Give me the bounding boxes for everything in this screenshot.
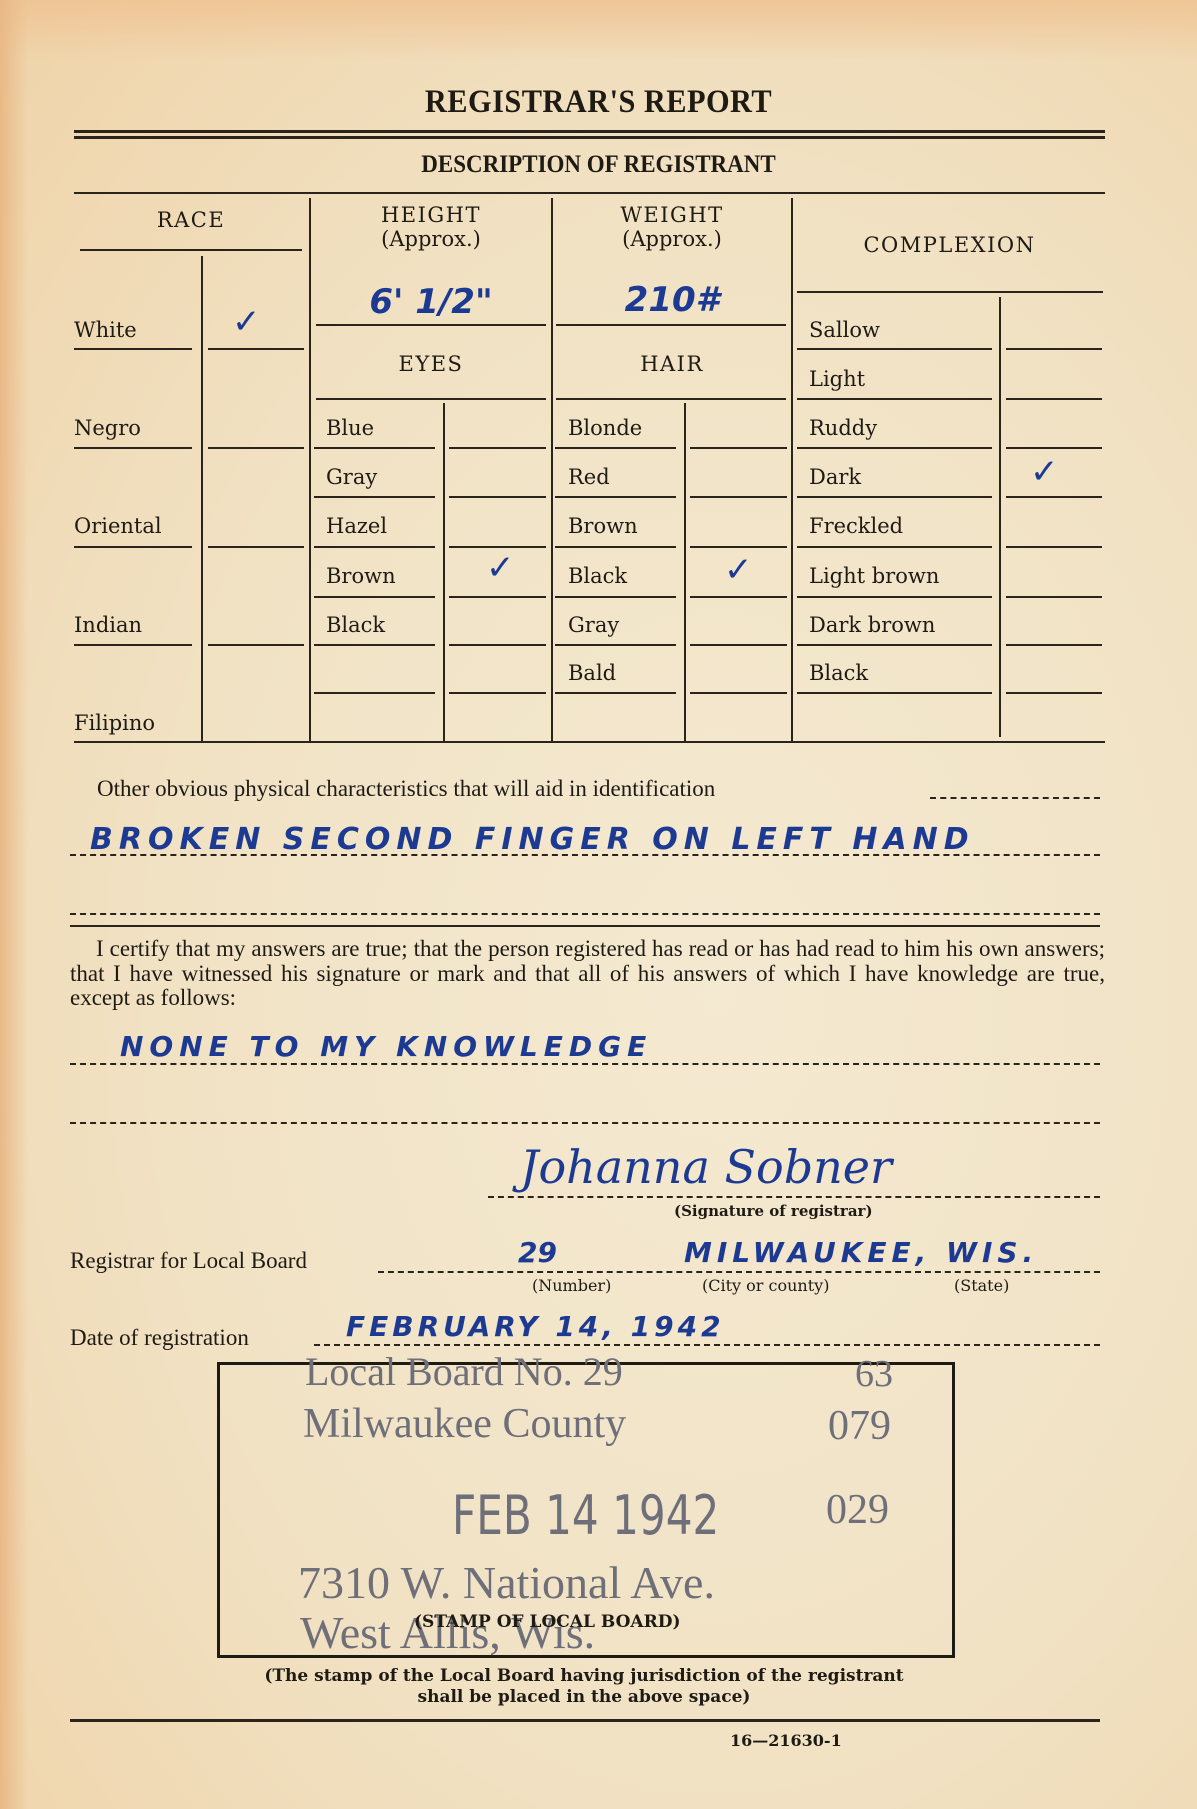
stamp-line-local-board: Local Board No. 29 bbox=[305, 1348, 623, 1395]
table-bottom-rule bbox=[74, 741, 1105, 743]
stamp-caption-2: shall be placed in the above space) bbox=[0, 1687, 1168, 1707]
race-option-white[interactable]: White bbox=[74, 318, 137, 342]
characteristics-value[interactable]: BROKEN SECOND FINGER ON LEFT HAND bbox=[90, 822, 975, 857]
hair-option-brown[interactable]: Brown bbox=[568, 514, 638, 538]
row-rule bbox=[314, 596, 435, 598]
hair-option-black[interactable]: Black bbox=[568, 564, 627, 588]
row-rule bbox=[1006, 692, 1102, 694]
hair-option-red[interactable]: Red bbox=[568, 465, 610, 489]
row-rule bbox=[449, 644, 546, 646]
stamp-line-county: Milwaukee County bbox=[303, 1400, 626, 1448]
complexion-option-black[interactable]: Black bbox=[809, 661, 868, 685]
row-rule bbox=[449, 447, 546, 449]
row-rule bbox=[797, 546, 992, 548]
height-header: HEIGHT bbox=[312, 203, 550, 227]
local-board-city-state[interactable]: MILWAUKEE, WIS. bbox=[684, 1236, 1038, 1269]
height-approx: (Approx.) bbox=[312, 227, 550, 251]
race-option-negro[interactable]: Negro bbox=[74, 416, 141, 440]
race-header-rule bbox=[80, 249, 302, 251]
row-rule bbox=[1006, 596, 1102, 598]
row-rule bbox=[555, 546, 676, 548]
row-rule bbox=[208, 447, 304, 449]
registration-date-value[interactable]: FEBRUARY 14, 1942 bbox=[346, 1310, 725, 1343]
row-rule bbox=[449, 496, 546, 498]
section-rule bbox=[70, 925, 1100, 927]
race-option-filipino[interactable]: Filipino bbox=[74, 711, 155, 735]
race-white-check[interactable]: ✓ bbox=[232, 302, 261, 342]
hair-inner-divider bbox=[684, 403, 686, 742]
row-rule bbox=[797, 596, 992, 598]
stamp-line-address: 7310 W. National Ave. bbox=[298, 1556, 715, 1609]
hair-option-bald[interactable]: Bald bbox=[568, 661, 616, 685]
stamp-code-1: 63 bbox=[855, 1352, 893, 1396]
row-rule bbox=[1006, 546, 1102, 548]
title-rule-1 bbox=[74, 130, 1105, 133]
row-rule bbox=[797, 644, 992, 646]
section-title: DESCRIPTION OF REGISTRANT bbox=[48, 151, 1149, 179]
complexion-option-ruddy[interactable]: Ruddy bbox=[809, 416, 877, 440]
row-rule bbox=[1006, 348, 1102, 350]
local-board-line bbox=[378, 1271, 1100, 1273]
hair-option-gray[interactable]: Gray bbox=[568, 613, 619, 637]
stamp-date: FEB 14 1942 bbox=[452, 1484, 719, 1547]
row-rule bbox=[208, 644, 304, 646]
eyes-brown-check[interactable]: ✓ bbox=[486, 548, 515, 588]
complexion-inner-divider bbox=[999, 297, 1001, 737]
col-divider-weight bbox=[791, 198, 793, 742]
title-rule-2 bbox=[74, 136, 1105, 139]
row-rule bbox=[797, 348, 992, 350]
signature-line bbox=[488, 1196, 1100, 1198]
characteristics-line-2 bbox=[70, 913, 1100, 915]
hair-header-rule bbox=[556, 398, 786, 400]
row-rule bbox=[449, 596, 546, 598]
hair-header: HAIR bbox=[554, 352, 790, 376]
form-number: 16—21630-1 bbox=[730, 1731, 842, 1750]
race-header: RACE bbox=[80, 208, 302, 232]
col-divider-race bbox=[309, 198, 311, 742]
row-rule bbox=[1006, 644, 1102, 646]
row-rule bbox=[314, 546, 435, 548]
page-title: REGISTRAR'S REPORT bbox=[48, 84, 1149, 121]
paper-stain bbox=[0, 0, 1197, 60]
paper-edge bbox=[0, 0, 28, 1809]
row-rule bbox=[690, 644, 787, 646]
state-label: (State) bbox=[954, 1276, 1009, 1295]
complexion-dark-check[interactable]: ✓ bbox=[1030, 452, 1059, 492]
race-option-indian[interactable]: Indian bbox=[74, 613, 142, 637]
row-rule bbox=[555, 496, 676, 498]
city-county-label: (City or county) bbox=[702, 1276, 829, 1295]
height-value[interactable]: 6' 1/2" bbox=[312, 282, 550, 322]
complexion-option-freckled[interactable]: Freckled bbox=[809, 514, 903, 538]
row-rule bbox=[1006, 398, 1102, 400]
row-rule bbox=[690, 596, 787, 598]
row-rule bbox=[1006, 447, 1102, 449]
row-rule bbox=[449, 692, 546, 694]
row-rule bbox=[1006, 496, 1102, 498]
weight-approx: (Approx.) bbox=[554, 227, 790, 251]
eyes-option-brown[interactable]: Brown bbox=[326, 564, 396, 588]
table-top-rule bbox=[74, 192, 1105, 194]
row-rule bbox=[314, 644, 435, 646]
row-rule bbox=[74, 447, 192, 449]
row-rule bbox=[314, 447, 435, 449]
stamp-code-3: 029 bbox=[826, 1486, 889, 1534]
weight-rule bbox=[556, 324, 786, 326]
weight-value[interactable]: 210# bbox=[554, 280, 790, 320]
stamp-label: (STAMP OF LOCAL BOARD) bbox=[414, 1612, 681, 1632]
weight-header: WEIGHT bbox=[554, 203, 790, 227]
hair-option-blonde[interactable]: Blonde bbox=[568, 416, 642, 440]
complexion-option-light[interactable]: Light bbox=[809, 367, 865, 391]
exceptions-line-1 bbox=[70, 1063, 1100, 1065]
complexion-header: COMPLEXION bbox=[794, 233, 1105, 257]
row-rule bbox=[797, 447, 992, 449]
characteristics-label-line bbox=[930, 797, 1100, 799]
row-rule bbox=[74, 644, 192, 646]
eyes-header-rule bbox=[316, 398, 546, 400]
registrar-signature[interactable]: Johanna Sobner bbox=[520, 1140, 892, 1194]
eyes-option-black[interactable]: Black bbox=[326, 613, 385, 637]
row-rule bbox=[314, 496, 435, 498]
race-inner-divider bbox=[201, 256, 203, 742]
eyes-option-hazel[interactable]: Hazel bbox=[326, 514, 387, 538]
local-board-label: Registrar for Local Board bbox=[70, 1249, 307, 1274]
footer-rule bbox=[70, 1719, 1100, 1722]
signature-label: (Signature of registrar) bbox=[674, 1202, 873, 1220]
local-board-number[interactable]: 29 bbox=[518, 1236, 557, 1269]
row-rule bbox=[208, 546, 304, 548]
eyes-inner-divider bbox=[443, 403, 445, 742]
certification-text: I certify that my answers are true; that… bbox=[70, 937, 1105, 1011]
stamp-code-2: 079 bbox=[828, 1402, 891, 1450]
race-option-oriental[interactable]: Oriental bbox=[74, 514, 162, 538]
row-rule bbox=[690, 496, 787, 498]
row-rule bbox=[555, 447, 676, 449]
row-rule bbox=[555, 596, 676, 598]
row-rule bbox=[74, 348, 192, 350]
row-rule bbox=[797, 496, 992, 498]
row-rule bbox=[690, 447, 787, 449]
complexion-header-rule bbox=[797, 291, 1103, 293]
row-rule bbox=[314, 692, 435, 694]
complexion-option-light-brown[interactable]: Light brown bbox=[809, 564, 939, 588]
row-rule bbox=[555, 644, 676, 646]
row-rule bbox=[690, 546, 787, 548]
row-rule bbox=[797, 398, 992, 400]
registration-date-line bbox=[314, 1344, 1100, 1346]
characteristics-label: Other obvious physical characteristics t… bbox=[97, 777, 715, 802]
complexion-option-dark[interactable]: Dark bbox=[809, 465, 861, 489]
characteristics-line-1 bbox=[70, 854, 1100, 856]
eyes-header: EYES bbox=[312, 352, 550, 376]
row-rule bbox=[74, 546, 192, 548]
hair-black-check[interactable]: ✓ bbox=[724, 550, 753, 590]
col-divider-height bbox=[551, 198, 553, 742]
complexion-option-sallow[interactable]: Sallow bbox=[809, 318, 880, 342]
eyes-option-gray[interactable]: Gray bbox=[326, 465, 377, 489]
row-rule bbox=[555, 692, 676, 694]
registration-date-label: Date of registration bbox=[70, 1326, 249, 1351]
row-rule bbox=[690, 692, 787, 694]
stamp-caption-1: (The stamp of the Local Board having jur… bbox=[0, 1666, 1168, 1686]
exceptions-line-2 bbox=[70, 1122, 1100, 1124]
complexion-option-dark-brown[interactable]: Dark brown bbox=[809, 613, 935, 637]
row-rule bbox=[797, 692, 992, 694]
exceptions-value[interactable]: NONE TO MY KNOWLEDGE bbox=[120, 1030, 652, 1063]
row-rule bbox=[208, 348, 304, 350]
number-label: (Number) bbox=[532, 1276, 611, 1295]
height-rule bbox=[316, 324, 546, 326]
eyes-option-blue[interactable]: Blue bbox=[326, 416, 374, 440]
